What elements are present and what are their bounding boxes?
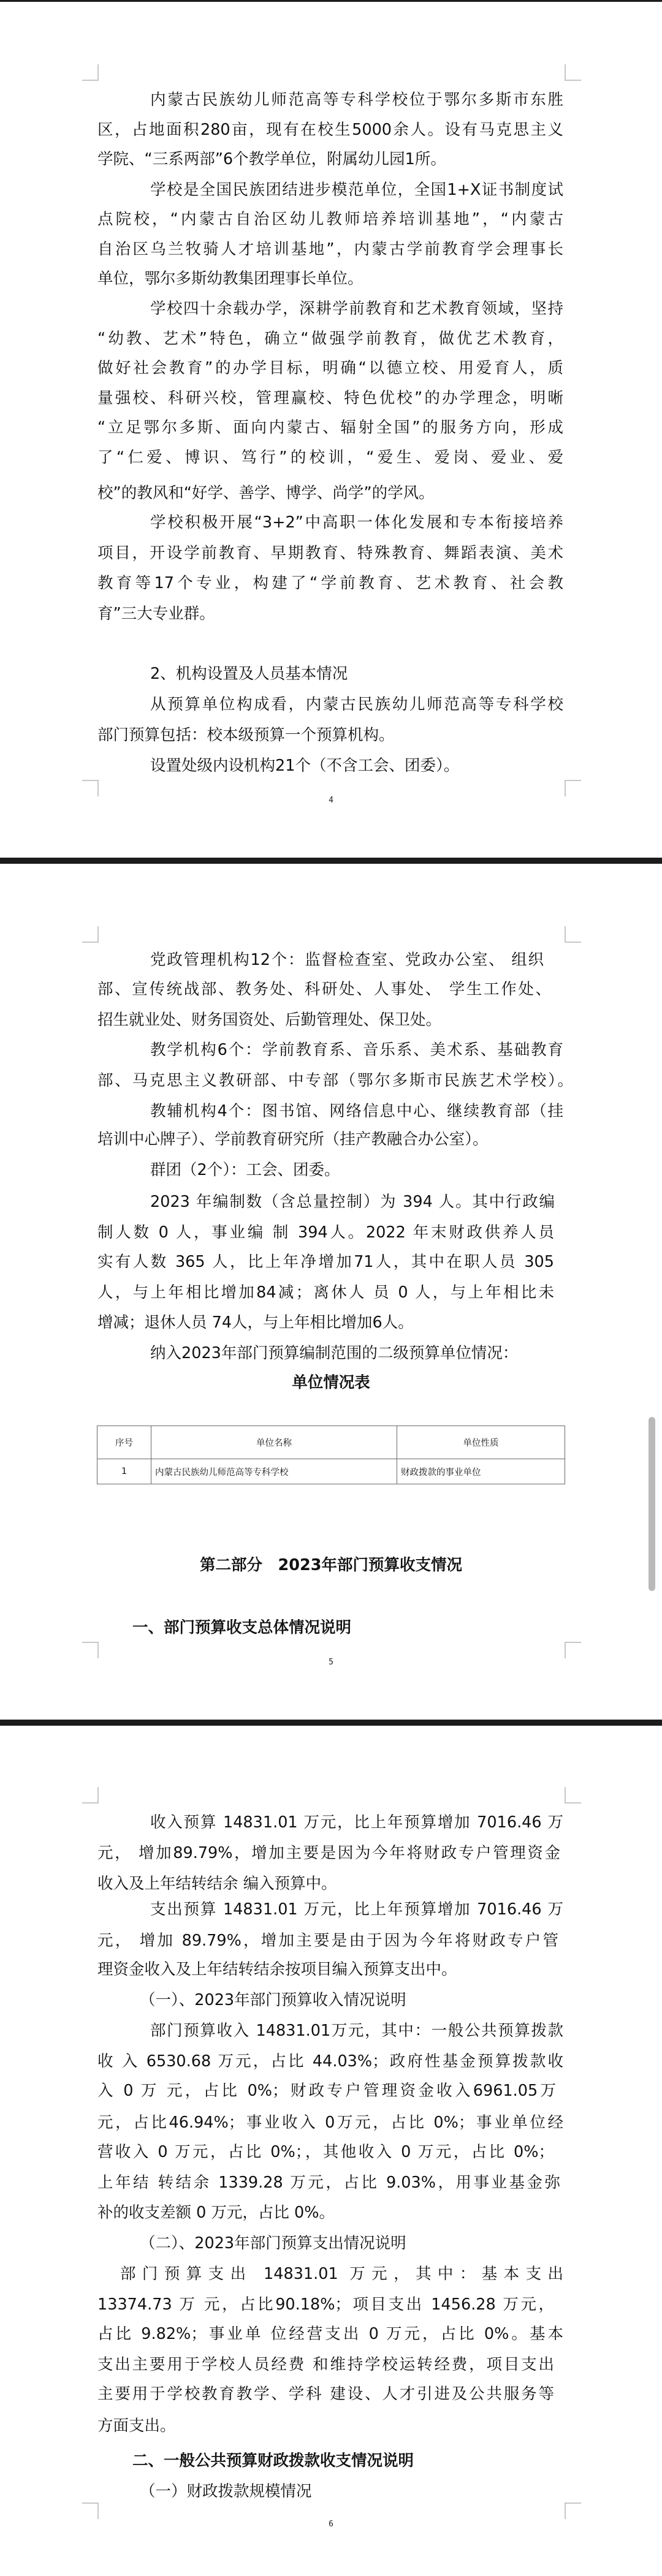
vertical-scrollbar-thumb[interactable]: [649, 1417, 655, 1591]
margin-corner-bottom-right: [565, 780, 581, 796]
text-line: 支出主要用于学校人员经费 和维持学校运转经费，项目支出: [97, 2352, 554, 2377]
text-line: 招生就业处、财务国资处、后勤管理处、保卫处。: [97, 1008, 563, 1032]
text-line: 从预算单位构成看，内蒙古民族幼儿师范高等专科学校: [150, 692, 563, 717]
text-line: 元，占比46.94%；事业收入 0万元，占比 0%；事业单位经: [97, 2110, 563, 2135]
text-line: 制人数 0 人，事业编 制 394人。2022 年末财政供养人员: [97, 1220, 554, 1245]
unit-table: 序号 单位名称 单位性质 1 内蒙古民族幼儿师范高等专科学校 财政拨款的事业单位: [97, 1426, 565, 1484]
margin-corner-bottom-left: [82, 780, 99, 796]
text-line: 方面支出。: [97, 2414, 563, 2438]
text-line: 人，与上年相比增加84减；离休人 员 0 人，与上年相比未: [97, 1280, 554, 1305]
text-line: 群团（2个）：工会、团委。: [150, 1158, 563, 1182]
document-page-5: 党政管理机构12个：监督检查室、党政办公室、 组织 部、宣传统战部、教务处、科研…: [0, 864, 662, 1720]
margin-corner-bottom-right: [565, 1642, 581, 1658]
page-number: 6: [0, 2520, 662, 2529]
text-line: 补的收支差额 0 万元，占比 0%。: [97, 2200, 563, 2225]
text-line: 入 0 万 元，占比 0%；财政专户管理资金收入6961.05万: [97, 2079, 556, 2103]
part-heading: 第二部分 2023年部门预算收支情况: [0, 1553, 662, 1577]
text-line: 区，占地面积280亩，现有在校生5000余人。设有马克思主义: [97, 118, 563, 142]
table-header-cell: 单位名称: [151, 1426, 397, 1459]
text-line: 理资金收入及上年结转结余按项目编入预算支出中。: [97, 1957, 563, 1982]
margin-corner-bottom-left: [82, 2502, 99, 2519]
text-line: 教辅机构4个：图书馆、网络信息中心、继续教育部（挂: [150, 1099, 563, 1124]
section-heading: 2、机构设置及人员基本情况: [150, 662, 563, 686]
text-line: 自治区乌兰牧骑人才培训基地”，内蒙古学前教育学会理事长: [97, 237, 563, 262]
margin-corner-top-right: [565, 926, 581, 943]
text-line: 2023 年编制数（含总量控制）为 394 人。其中行政编: [150, 1190, 555, 1214]
document-page-4: 内蒙古民族幼儿师范高等专科学校位于鄂尔多斯市东胜 区，占地面积280亩，现有在校…: [0, 2, 662, 858]
text-line: 党政管理机构12个：监督检查室、党政办公室、 组织: [150, 948, 544, 972]
table-header-cell: 序号: [97, 1426, 151, 1459]
text-line: 增减；退休人员 74人，与上年相比增加6人。: [97, 1310, 563, 1335]
text-line: 做好社会教育”的办学目标，明确“以德立校、用爱育人，质: [97, 356, 563, 380]
subsection-heading: （一）财政拨款规模情况: [140, 2479, 553, 2504]
table-title: 单位情况表: [0, 1370, 662, 1395]
table-cell: 财政拨款的事业单位: [397, 1459, 565, 1484]
text-line: 教育等17个专业，构建了“学前教育、艺术教育、社会教: [97, 571, 563, 595]
text-line: 收入及上年结转结余 编入预算中。: [97, 1872, 563, 1896]
text-line: 量强校、科研兴校，管理赢校、特色优校”的办学理念，明晰: [97, 386, 563, 410]
margin-corner-top-left: [82, 1787, 99, 1804]
table-cell: 内蒙古民族幼儿师范高等专科学校: [151, 1459, 397, 1484]
text-line: 支出预算 14831.01 万元，比上年预算增加 7016.46 万: [150, 1897, 563, 1922]
margin-corner-bottom-left: [82, 1642, 99, 1658]
text-line: 纳入2023年部门预算编制范围的二级预算单位情况：: [150, 1341, 563, 1365]
margin-corner-top-left: [82, 926, 99, 943]
page-number: 5: [0, 1658, 662, 1667]
text-line: 项目，开设学前教育、早期教育、特殊教育、舞蹈表演、美术: [97, 541, 563, 565]
text-line: 部门预算收入 14831.01万元，其中：一般公共预算拨款: [150, 2019, 563, 2043]
text-line: 上年结 转结余 1339.28 万元，占比 9.03%，用事业基金弥: [97, 2170, 560, 2195]
table-cell: 1: [97, 1459, 151, 1484]
text-line: 教学机构6个：学前教育系、音乐系、美术系、基础教育: [150, 1038, 563, 1062]
subsection-heading: （一）、2023年部门预算收入情况说明: [140, 1988, 553, 2012]
text-line: 主要用于学校教育教学、学科 建设、人才引进及公共服务等: [97, 2382, 554, 2406]
text-line: 部、马克思主义教研部、中专部（鄂尔多斯市民族艺术学校）。: [97, 1068, 573, 1093]
text-line: 13374.73 万 元，占比90.18%；项目支出 1456.28 万元，: [97, 2292, 554, 2317]
margin-corner-top-right: [565, 1787, 581, 1804]
text-line: 学校四十余载办学，深耕学前教育和艺术教育领域，坚持: [150, 297, 563, 321]
text-line: 占比 9.82%；事业单 位经营支出 0 万元，占比 0%。基本: [97, 2322, 563, 2346]
text-line: 收入预算 14831.01 万元，比上年预算增加 7016.46 万: [150, 1810, 563, 1835]
text-line: 点院校，“内蒙古自治区幼儿教师培养培训基地”，“内蒙古: [97, 207, 563, 232]
text-line: 学院、“三系两部”6个教学单位，附属幼儿园1所。: [97, 147, 563, 172]
text-line: 营收入 0 万元，占比 0%；，其他收入 0 万元，占比 0%；: [97, 2140, 554, 2164]
table-header-row: 序号 单位名称 单位性质: [97, 1426, 565, 1459]
section-heading: 一、部门预算收支总体情况说明: [132, 1615, 546, 1640]
text-line: 元， 增加89.79%，增加主要是因为今年将财政专户管理资金: [97, 1841, 560, 1865]
text-line: 学校积极开展“3+2”中高职一体化发展和专本衔接培养: [150, 510, 563, 535]
margin-corner-bottom-right: [565, 2502, 581, 2519]
text-line: 培训中心牌子）、学前教育研究所（挂产教融合办公室）。: [97, 1127, 563, 1152]
text-line: 学校是全国民族团结进步模范单位，全国1+X证书制度试: [150, 178, 563, 202]
table-header-cell: 单位性质: [397, 1426, 565, 1459]
text-line: 部门预算支出 14831.01 万元，其中：基本支出: [120, 2262, 563, 2286]
text-line: 元， 增加 89.79%，增加主要是由于因为今年将财政专户管: [97, 1928, 558, 1953]
table-row: 1 内蒙古民族幼儿师范高等专科学校 财政拨款的事业单位: [97, 1459, 565, 1484]
text-line: 校”的教风和“好学、善学、博学、尚学”的学风。: [97, 481, 563, 505]
margin-corner-top-right: [565, 64, 581, 81]
text-line: 育”三大专业群。: [97, 602, 563, 626]
document-page-6: 收入预算 14831.01 万元，比上年预算增加 7016.46 万 元， 增加…: [0, 1726, 662, 2576]
subsection-heading: （二）、2023年部门预算支出情况说明: [140, 2231, 553, 2256]
text-line: “幼教、艺术”特色，确立“做强学前教育，做优艺术教育，: [97, 327, 563, 351]
page-separator: [0, 858, 662, 864]
page-number: 4: [0, 796, 662, 805]
text-line: 内蒙古民族幼儿师范高等专科学校位于鄂尔多斯市东胜: [150, 88, 563, 112]
margin-corner-top-left: [82, 64, 99, 81]
text-line: 了“仁爱、博识、笃行”的校训，“爱生、爱岗、爱业、爱: [97, 445, 563, 470]
section-heading: 二、一般公共预算财政拨款收支情况说明: [132, 2449, 546, 2473]
page-separator: [0, 1720, 662, 1726]
text-line: 设置处级内设机构21个（不含工会、团委）。: [150, 754, 563, 778]
text-line: 部门预算包括：校本级预算一个预算机构。: [97, 723, 563, 747]
text-line: 部、宣传统战部、教务处、科研处、人事处、 学生工作处、: [97, 977, 551, 1002]
text-line: 单位，鄂尔多斯幼教集团理事长单位。: [97, 266, 563, 291]
text-line: 实有人数 365 人，比上年净增加71人，其中在职人员 305: [97, 1250, 554, 1274]
text-line: “立足鄂尔多斯、面向内蒙古、辐射全国”的服务方向，形成: [97, 415, 563, 440]
text-line: 收 入 6530.68 万元，占比 44.03%；政府性基金预算拨款收: [97, 2049, 563, 2074]
